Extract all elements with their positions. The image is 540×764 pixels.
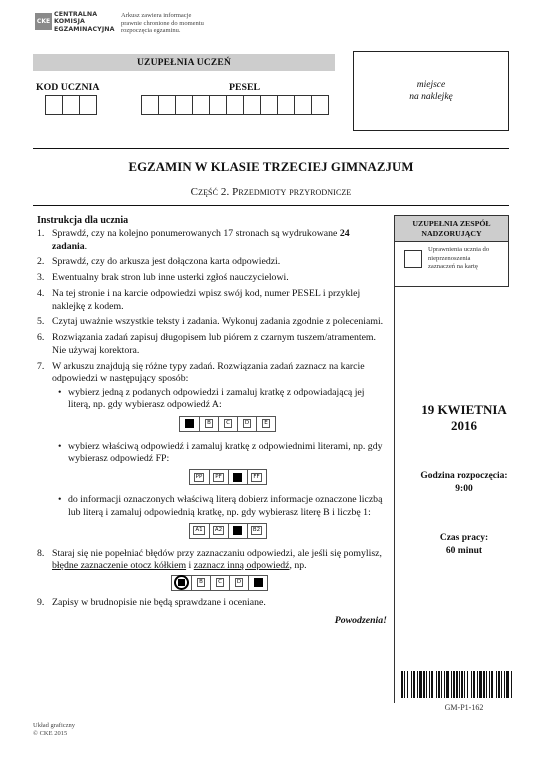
- item-number: 9.: [37, 597, 52, 609]
- instructions-heading: Instrukcja dla ucznia: [37, 215, 387, 227]
- answer-option: A1: [190, 524, 209, 538]
- bullet-item: • do informacji oznaczonych właściwą lit…: [58, 494, 387, 545]
- digit-cell[interactable]: [45, 95, 63, 115]
- org-line: CENTRALNA: [54, 11, 115, 18]
- checkbox-label: Uprawnienia ucznia do nieprzenoszenia za…: [428, 246, 489, 272]
- sticker-label: miejsce: [417, 79, 446, 91]
- divider: [33, 205, 509, 206]
- digit-cell[interactable]: [62, 95, 80, 115]
- start-time: Godzina rozpoczęcia: 9:00: [394, 470, 534, 495]
- item-text: Czytaj uważnie wszystkie teksty i zadani…: [52, 316, 387, 328]
- digit-cell[interactable]: [79, 95, 97, 115]
- organization-name: CENTRALNA KOMISJA EGZAMINACYJNA: [54, 11, 115, 33]
- item-number: 2.: [37, 256, 52, 268]
- instruction-item: 1. Sprawdź, czy na kolejno ponumerowanyc…: [37, 228, 387, 253]
- digit-cell[interactable]: [277, 95, 295, 115]
- student-section-header: UZUPEŁNIA UCZEŃ: [33, 54, 335, 71]
- instruction-item: 6. Rozwiązania zadań zapisuj długopisem …: [37, 332, 387, 357]
- barcode-icon: [401, 671, 513, 698]
- digit-cell[interactable]: [311, 95, 329, 115]
- item-number: 7.: [37, 361, 52, 548]
- bullet-icon: •: [58, 494, 68, 545]
- instruction-item: 4. Na tej stronie i na karcie odpowiedzi…: [37, 288, 387, 313]
- item-number: 4.: [37, 288, 52, 313]
- exam-title: EGZAMIN W KLASIE TRZECIEJ GIMNAZJUM: [33, 160, 509, 175]
- answer-option: FF: [247, 470, 266, 484]
- item-number: 5.: [37, 316, 52, 328]
- answer-example: PPPFFF: [189, 469, 267, 485]
- instruction-item: 3. Ewentualny brak stron lub inne usterk…: [37, 272, 387, 284]
- answer-option: B2: [247, 524, 266, 538]
- item-text: Ewentualny brak stron lub inne usterki z…: [52, 272, 387, 284]
- answer-option: [172, 576, 191, 590]
- answer-option: B: [191, 576, 210, 590]
- answer-option: [180, 417, 199, 431]
- duration: Czas pracy: 60 minut: [394, 532, 534, 557]
- item-text: W arkuszu znajdują się różne typy zadań.…: [52, 361, 387, 548]
- answer-option: [228, 470, 247, 484]
- sticker-label: na naklejkę: [409, 91, 453, 103]
- digit-cell[interactable]: [243, 95, 261, 115]
- exam-subtitle: Część 2. Przedmioty przyrodnicze: [33, 186, 509, 198]
- digit-cell[interactable]: [192, 95, 210, 115]
- instruction-item: 5. Czytaj uważnie wszystkie teksty i zad…: [37, 316, 387, 328]
- notice-line: Arkusz zawiera informacje: [121, 12, 204, 20]
- item-number: 6.: [37, 332, 52, 357]
- answer-example: A1A2B2: [189, 523, 267, 539]
- cke-logo-icon: CKE: [35, 13, 52, 30]
- digit-cell[interactable]: [226, 95, 244, 115]
- dyslexia-rights-checkbox[interactable]: [404, 250, 422, 268]
- digit-cell[interactable]: [175, 95, 193, 115]
- digit-cell[interactable]: [294, 95, 312, 115]
- instructions: Instrukcja dla ucznia 1. Sprawdź, czy na…: [37, 215, 387, 627]
- column-divider: [394, 215, 395, 703]
- digit-cell[interactable]: [141, 95, 159, 115]
- instruction-item: 9. Zapisy w brudnopisie nie będą sprawdz…: [37, 597, 387, 609]
- filled-box-icon: [233, 473, 242, 482]
- supervisor-box: UZUPEŁNIA ZESPÓŁ NADZORUJĄCY Uprawnienia…: [394, 215, 509, 287]
- answer-option: A2: [209, 524, 228, 538]
- sticker-area: miejsce na naklejkę: [353, 51, 509, 131]
- student-code-label: KOD UCZNIA: [36, 82, 99, 93]
- pesel-label: PESEL: [229, 82, 260, 93]
- answer-option: C: [218, 417, 237, 431]
- pesel-field[interactable]: [142, 95, 329, 115]
- supervisor-header: UZUPEŁNIA ZESPÓŁ NADZORUJĄCY: [395, 216, 508, 242]
- bullet-icon: •: [58, 387, 68, 438]
- digit-cell[interactable]: [158, 95, 176, 115]
- answer-example: BCDE: [179, 416, 276, 432]
- instruction-item: 8. Staraj się nie popełniać błędów przy …: [37, 548, 387, 597]
- answer-option: C: [210, 576, 229, 590]
- digit-cell[interactable]: [260, 95, 278, 115]
- answer-option: D: [237, 417, 256, 431]
- org-line: EGZAMINACYJNA: [54, 26, 115, 33]
- digit-cell[interactable]: [209, 95, 227, 115]
- filled-box-icon: [185, 419, 194, 428]
- answer-option: PP: [190, 470, 209, 484]
- item-text: Sprawdź, czy do arkusza jest dołączona k…: [52, 256, 387, 268]
- exam-date: 19 KWIETNIA 2016: [394, 402, 534, 434]
- answer-option: B: [199, 417, 218, 431]
- item-number: 1.: [37, 228, 52, 253]
- answer-option: D: [229, 576, 248, 590]
- org-line: KOMISJA: [54, 18, 115, 25]
- student-code-field[interactable]: [46, 95, 97, 115]
- answer-option: [228, 524, 247, 538]
- bullet-icon: •: [58, 441, 68, 492]
- instruction-item: 2. Sprawdź, czy do arkusza jest dołączon…: [37, 256, 387, 268]
- answer-option: E: [256, 417, 275, 431]
- correction-example: BCD: [171, 575, 268, 591]
- notice-line: rozpoczęcia egzaminu.: [121, 27, 204, 35]
- item-number: 3.: [37, 272, 52, 284]
- item-text: Na tej stronie i na karcie odpowiedzi wp…: [52, 288, 387, 313]
- notice-line: prawnie chronione do momentu: [121, 20, 204, 28]
- good-luck-text: Powodzenia!: [37, 615, 387, 627]
- item-number: 8.: [37, 548, 52, 597]
- sheet-code: GM-P1-162: [394, 703, 534, 712]
- item-text: Rozwiązania zadań zapisuj długopisem lub…: [52, 332, 387, 357]
- item-text: Sprawdź, czy na kolejno ponumerowanych 1…: [52, 228, 387, 253]
- item-text: Staraj się nie popełniać błędów przy zaz…: [52, 548, 387, 597]
- filled-box-icon: [233, 526, 242, 535]
- circled-box-icon: [174, 575, 189, 590]
- footer: Układ graficzny © CKE 2015: [33, 722, 75, 738]
- divider: [33, 148, 509, 149]
- bullet-item: • wybierz jedną z podanych odpowiedzi i …: [58, 387, 387, 438]
- bullet-item: • wybierz właściwą odpowiedź i zamaluj k…: [58, 441, 387, 492]
- filled-box-icon: [254, 578, 263, 587]
- confidentiality-notice: Arkusz zawiera informacje prawnie chroni…: [121, 12, 204, 35]
- answer-option: [248, 576, 267, 590]
- item-text: Zapisy w brudnopisie nie będą sprawdzane…: [52, 597, 387, 609]
- answer-option: PF: [209, 470, 228, 484]
- instruction-item: 7. W arkuszu znajdują się różne typy zad…: [37, 361, 387, 548]
